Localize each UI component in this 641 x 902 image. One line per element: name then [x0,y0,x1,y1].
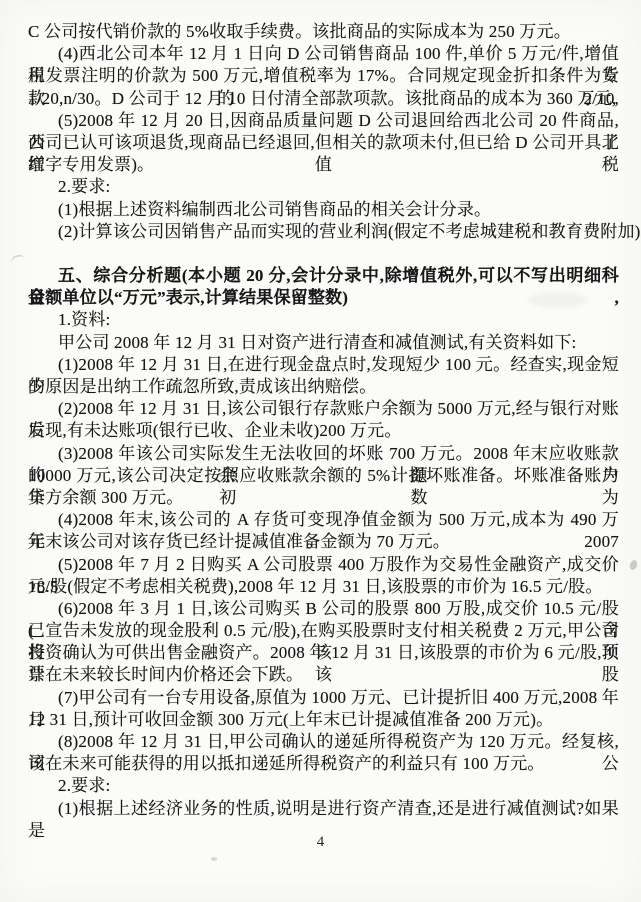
text-line: 甲公司 2008 年 12 月 31 日对资产进行清查和减值测试,有关资料如下: [28,332,619,354]
text-line: 司在未来可能获得的用以抵扣递延所得税资产的利益只有 100 万元。 [28,753,619,775]
text-line: (5)2008 年 7 月 2 日购买 A 公司股票 400 万股作为交易性金融… [28,554,619,576]
text-line: (3)2008 年该公司实际发生无法收回的坏账 700 万元。2008 年末应收… [28,443,619,465]
text-line: (2)计算该公司因销售产品而实现的营业利润(假定不考虑城建税和教育费附加)。 [28,221,619,243]
text-line: 2.要求: [28,176,619,198]
document-body: C 公司按代销价款的 5%收取手续费。该批商品的实际成本为 250 万元。(4)… [28,0,619,820]
text-line: (1)根据上述资料编制西北公司销售商品的相关会计分录。 [28,199,619,221]
scan-artifact [211,857,217,861]
scan-artifact [629,559,639,571]
text-line: (4)西北公司本年 12 月 1 日向 D 公司销售商品 100 件,单价 5 … [28,43,619,65]
text-line: (1)2008 年 12 月 31 日,在进行现金盘点时,发现短少 100 元。… [28,354,619,376]
text-line: (2)2008 年 12 月 31 日,该公司银行存款账户余额为 5000 万元… [28,398,619,420]
page-number: 4 [0,833,641,851]
text-line: 10000 万元,该公司决定按照应收账款余额的 5%计提坏账准备。坏账准备账户年… [28,465,619,487]
blank-line [28,243,619,265]
text-line: 已宣告未发放的现金股利 0.5 元/股),在购买股票时支付相关税费 2 万元,甲… [28,620,619,642]
text-line: 的原因是出纳工作疏忽所致,责成该出纳赔偿。 [28,376,619,398]
text-line: 2.要求: [28,775,619,797]
document-page: C 公司按代销价款的 5%收取手续费。该批商品的实际成本为 250 万元。(4)… [0,0,641,902]
scan-artifact [10,254,27,271]
text-line: (5)2008 年 12 月 20 日,因商品质量问题 D 公司退回给西北公司 … [28,110,619,132]
text-line: 月 31 日,预计可收回金额 300 万元(上年末已计提减值准备 200 万元)… [28,709,619,731]
text-line: (7)甲公司有一台专用设备,原值为 1000 万元、已计提折旧 400 万元,2… [28,687,619,709]
text-line: 用发票注明的价款为 500 万元,增值税率为 17%。合同规定现金折扣条件为货款… [28,65,619,87]
text-line: 1.资料: [28,309,619,331]
text-line: 1/20,n/30。D 公司于 12 月 10 日付清全部款项款。该批商品的成本… [28,88,619,110]
text-line: 投资确认为可供出售金融资产。2008 年 12 月 31 日,该股票的市价为 6… [28,642,619,664]
text-line: (8)2008 年 12 月 31 日,甲公司确认的递延所得税资产为 120 万… [28,731,619,753]
text-line: 公司已认可该项退货,现商品已经退回,但相关的款项未付,但已给 D 公司开具了增值… [28,132,619,154]
text-line: (1)根据上述经济业务的性质,说明是进行资产清查,还是进行减值测试?如果是 [28,798,619,820]
text-line: 元/股(假定不考虑相关税费),2008 年 12 月 31 日,该股票的市价为 … [28,576,619,598]
text-line: 五、综合分析题(本小题 20 分,会计分录中,除增值税外,可以不写出明细科目, [28,265,619,287]
text-line: 发现,有未达账项(银行已收、企业未收)200 万元。 [28,420,619,442]
text-line: (4)2008 年末,该公司的 A 存货可变现净值金额为 500 万元,成本为 … [28,509,619,531]
text-line: (6)2008 年 3 月 1 日,该公司购买 B 公司的股票 800 万股,成… [28,598,619,620]
text-line: C 公司按代销价款的 5%收取手续费。该批商品的实际成本为 250 万元。 [28,21,619,43]
